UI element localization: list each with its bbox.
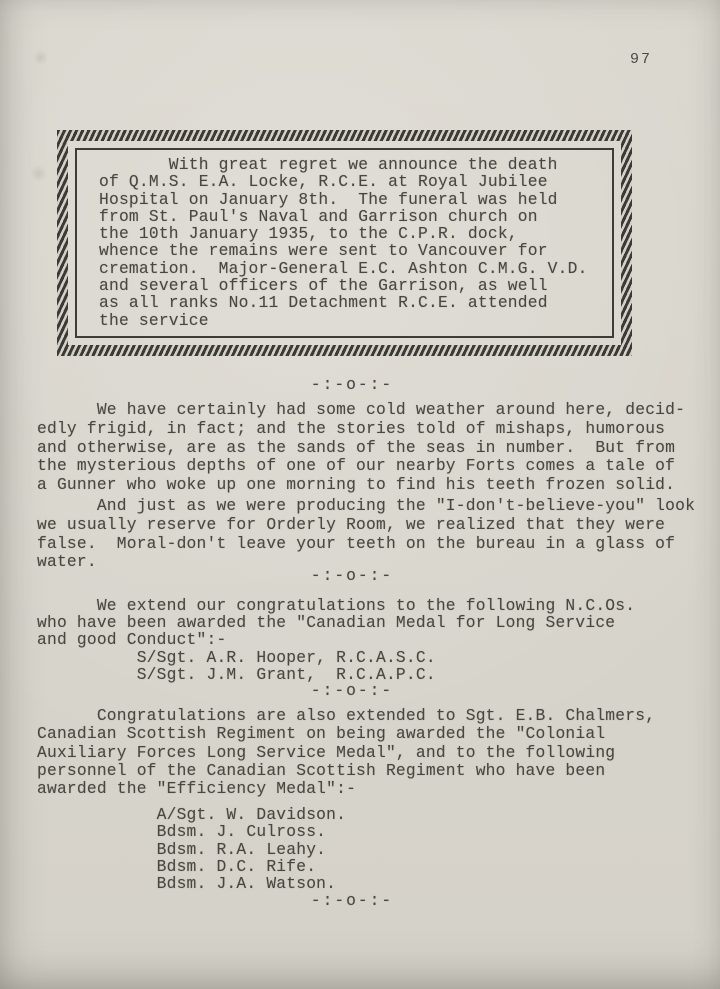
page-number: 97 xyxy=(630,51,652,68)
efficiency-medal-recipient-list: A/Sgt. W. Davidson. Bdsm. J. Culross. Bd… xyxy=(37,806,346,892)
death-notice-box: With great regret we announce the death … xyxy=(57,130,632,356)
paragraph-false-teeth: And just as we were producing the "I-don… xyxy=(37,497,695,572)
scanned-page: 97 With great regret we announce the dea… xyxy=(0,0,720,989)
paragraph-long-service-medal: We extend our congratulations to the fol… xyxy=(37,597,635,683)
section-divider: -:-o-:- xyxy=(37,681,667,700)
section-divider: -:-o-:- xyxy=(37,566,667,585)
paragraph-chalmers-efficiency-medal: Congratulations are also extended to Sgt… xyxy=(37,707,655,798)
section-divider: -:-o-:- xyxy=(37,891,667,910)
paper-stain xyxy=(30,165,47,182)
death-notice-text: With great regret we announce the death … xyxy=(68,141,621,329)
section-divider: -:-o-:- xyxy=(37,375,667,394)
paper-stain xyxy=(33,50,48,65)
paragraph-cold-weather: We have certainly had some cold weather … xyxy=(37,401,685,495)
